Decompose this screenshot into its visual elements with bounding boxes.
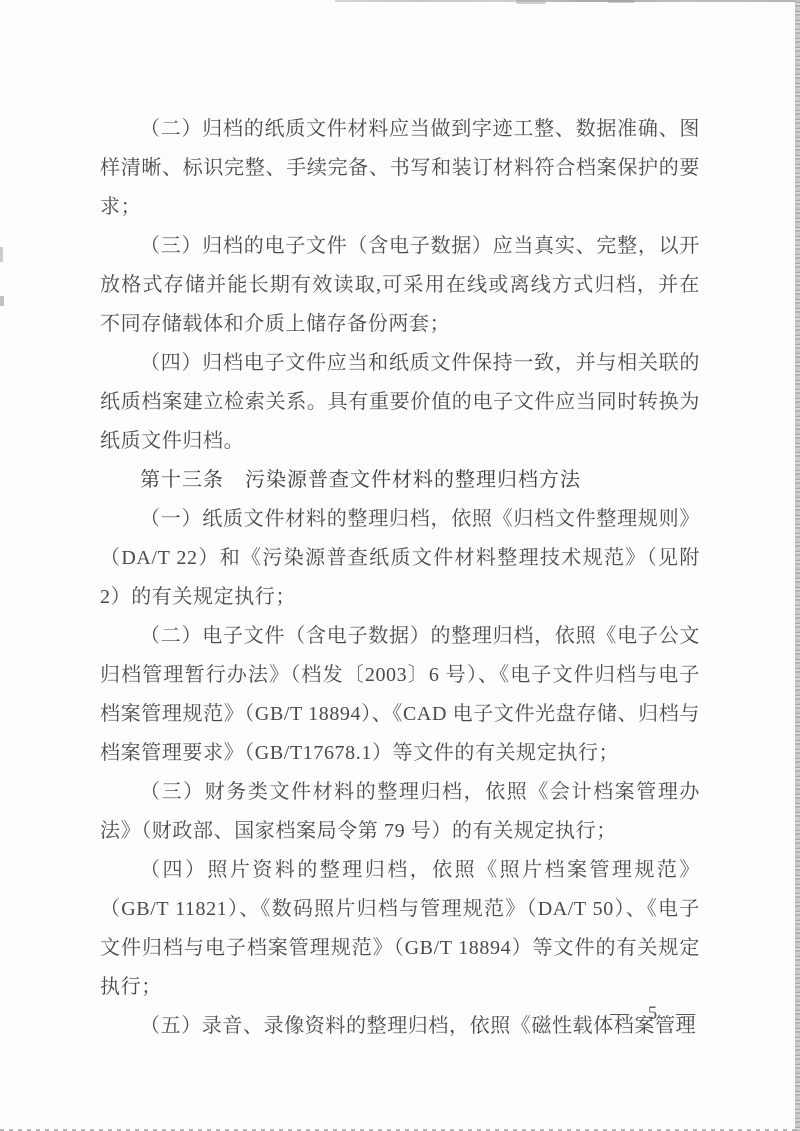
scan-artifact-right-edge <box>795 0 800 1131</box>
scanned-document-page: （二）归档的纸质文件材料应当做到字迹工整、数据准确、图样清晰、标识完整、手续完备… <box>0 0 800 1131</box>
paragraph: （二）归档的纸质文件材料应当做到字迹工整、数据准确、图样清晰、标识完整、手续完备… <box>100 110 700 227</box>
paragraph: （四）归档电子文件应当和纸质文件保持一致，并与相关联的纸质档案建立检索关系。具有… <box>100 344 700 461</box>
document-body: （二）归档的纸质文件材料应当做到字迹工整、数据准确、图样清晰、标识完整、手续完备… <box>100 110 700 1046</box>
scan-artifact-top-smudge <box>516 0 546 4</box>
paragraph: （一）纸质文件材料的整理归档，依照《归档文件整理规则》（DA/T 22）和《污染… <box>100 500 700 617</box>
paragraph: （三）财务类文件材料的整理归档，依照《会计档案管理办法》（财政部、国家档案局令第… <box>100 773 700 851</box>
paragraph: （四）照片资料的整理归档，依照《照片档案管理规范》（GB/T 11821）、《数… <box>100 851 700 1007</box>
paragraph: （三）归档的电子文件（含电子数据）应当真实、完整，以开放格式存储并能长期有效读取… <box>100 227 700 344</box>
scan-artifact-top-edge <box>335 0 800 2</box>
article-13-heading: 第十三条 污染源普查文件材料的整理归档方法 <box>100 461 700 500</box>
scan-artifact-top-smudge <box>608 0 634 3</box>
page-number: — 5 — <box>610 1003 697 1025</box>
scan-artifact-left-mark <box>0 296 4 306</box>
scan-artifact-left-mark <box>0 247 3 262</box>
paragraph: （二）电子文件（含电子数据）的整理归档，依照《电子公文归档管理暂行办法》（档发〔… <box>100 617 700 773</box>
